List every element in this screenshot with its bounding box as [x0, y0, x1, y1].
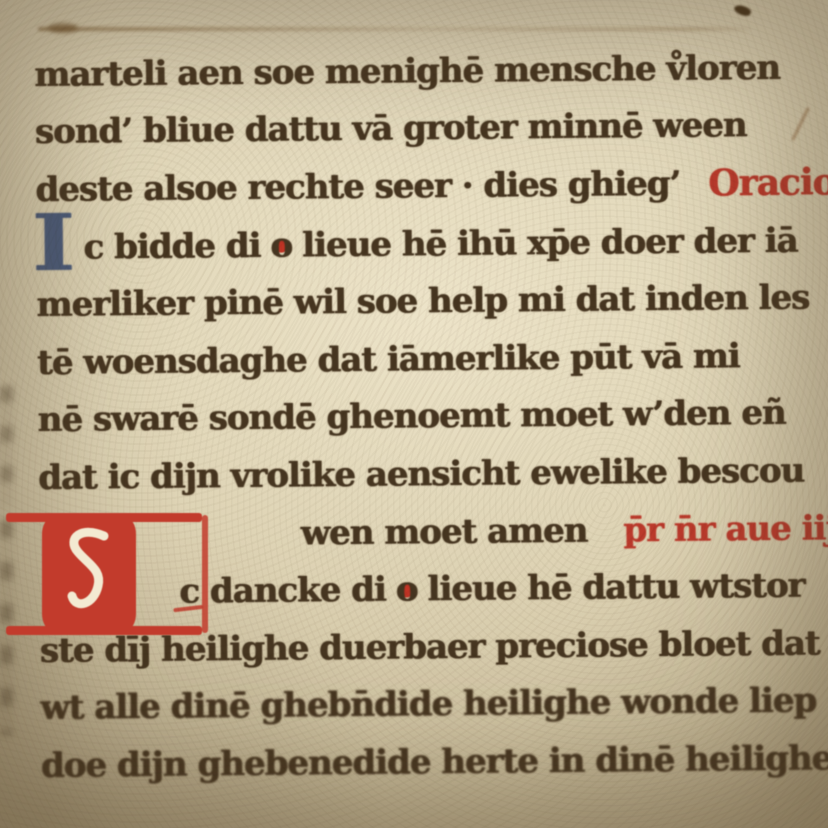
initial-I-blue: I [32, 214, 74, 275]
text-line-4: I c bidde di o lieue hē ihū xp̄e doer de… [36, 211, 823, 276]
manuscript-page: marteli aen soe menighē mensche v̊loren … [0, 0, 828, 828]
rubric-oracio: Oracio [708, 161, 828, 204]
text-segment: lieue hē ihū xp̄e doer der iā [302, 220, 798, 265]
ruling-line [38, 27, 750, 31]
rubric-pater-noster-ave: p̄r n̄r aue iij [623, 508, 828, 550]
text-line-5: merliker pinē wil soe help mi dat inden … [36, 269, 823, 334]
text-line-6: tē woensdaghe dat iāmerlike pūt vā mi [37, 326, 824, 391]
text-segment: sond’ bliue dattu vā groter minnē ween [35, 106, 747, 153]
text-line-12: wt alle dinē ghebn̄dide heilighe wonde l… [40, 672, 827, 737]
initial-I-red [6, 513, 208, 635]
initial-stem [42, 518, 136, 630]
text-line-1: marteli aen soe menighē mensche v̊loren [34, 38, 821, 103]
text-line-2: sond’ bliue dattu vā groter minnē ween [35, 96, 822, 161]
text-segment: dat ic dijn vrolike aensicht ewelike bes… [38, 451, 804, 498]
ink-smudge [48, 23, 78, 33]
text-segment: c bidde di [83, 225, 260, 267]
text-segment: lieue hē dattu wtstor [427, 566, 804, 610]
text-line-8: dat ic dijn vrolike aensicht ewelike bes… [38, 442, 825, 507]
red-filled-o: o [270, 225, 292, 265]
text-segment: wen moet amen [300, 510, 587, 553]
text-segment: c dancke di [179, 570, 386, 612]
initial-flourish [58, 526, 120, 622]
corner-mark [733, 3, 752, 18]
text-segment: deste alsoe rechte seer · dies ghieg’ [35, 164, 680, 210]
text-block: marteli aen soe menighē mensche v̊loren … [34, 38, 827, 794]
text-segment: marteli aen soe menighē mensche v̊loren [34, 48, 780, 95]
text-segment: doe dijn ghebenedide herte in dinē heili… [41, 738, 828, 786]
text-segment: nē swarē sondē ghenoemt moet w’den eñ [37, 393, 785, 440]
initial-bottom-bar [6, 626, 202, 635]
text-line-13: doe dijn ghebenedide herte in dinē heili… [41, 730, 828, 795]
text-segment: merliker pinē wil soe help mi dat inden … [36, 278, 809, 325]
text-segment: tē woensdaghe dat iāmerlike pūt vā mi [37, 336, 740, 383]
red-filled-o: o [396, 569, 418, 609]
text-segment: wt alle dinē ghebn̄dide heilighe wonde l… [40, 681, 816, 728]
text-line-3: deste alsoe rechte seer · dies ghieg’ Or… [35, 154, 822, 219]
initial-right-rule [202, 515, 208, 633]
show-through-text [0, 386, 13, 506]
text-line-7: nē swarē sondē ghenoemt moet w’den eñ [37, 384, 824, 449]
